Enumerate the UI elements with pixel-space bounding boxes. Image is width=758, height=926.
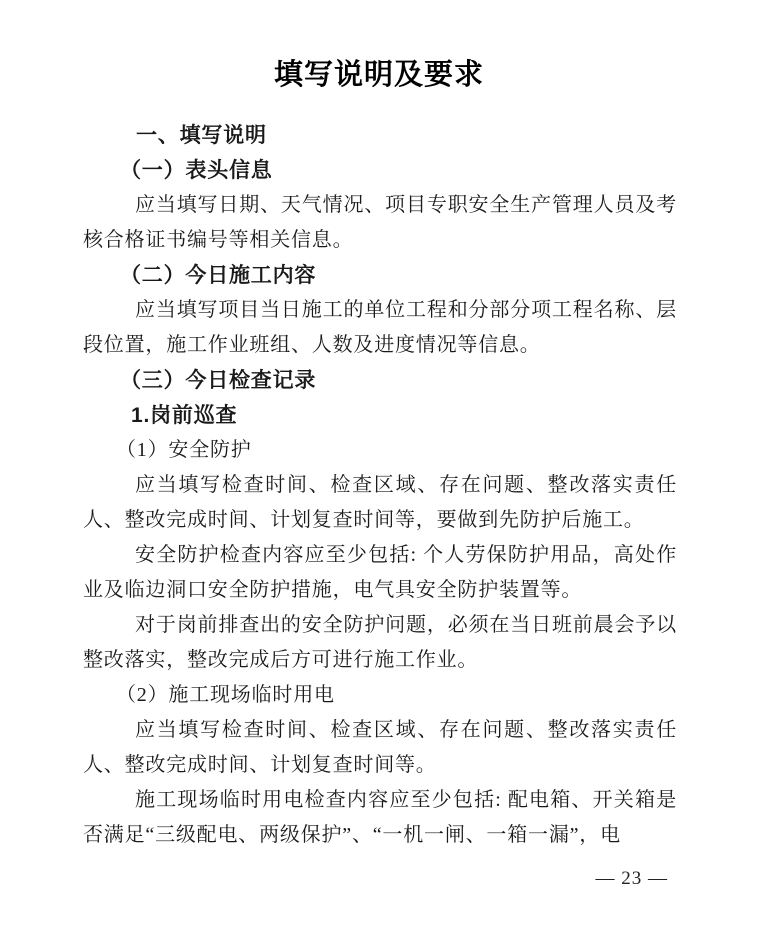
document-page: 填写说明及要求 一、填写说明 （一）表头信息 应当填写日期、天气情况、项目专职安… (0, 0, 758, 926)
paragraph-today-construction: 应当填写项目当日施工的单位工程和分部分项工程名称、层段位置，施工作业班组、人数及… (83, 293, 677, 363)
heading-today-inspection: （三）今日检查记录 (83, 363, 677, 398)
subheading-temporary-power: （2）施工现场临时用电 (83, 678, 677, 713)
document-body: 一、填写说明 （一）表头信息 应当填写日期、天气情况、项目专职安全生产管理人员及… (83, 118, 677, 853)
paragraph-safety-scope: 安全防护检查内容应至少包括: 个人劳保防护用品，高处作业及临边洞口安全防护措施，… (83, 538, 677, 608)
paragraph-power-fill: 应当填写检查时间、检查区域、存在问题、整改落实责任人、整改完成时间、计划复查时间… (83, 713, 677, 783)
heading-pre-shift-patrol: 1.岗前巡查 (83, 398, 677, 433)
subheading-safety-protection: （1）安全防护 (83, 433, 677, 468)
paragraph-safety-rectify: 对于岗前排查出的安全防护问题，必须在当日班前晨会予以整改落实，整改完成后方可进行… (83, 608, 677, 678)
page-number: — 23 — (596, 867, 669, 891)
page-title: 填写说明及要求 (0, 52, 758, 93)
paragraph-power-scope: 施工现场临时用电检查内容应至少包括: 配电箱、开关箱是否满足“三级配电、两级保护… (83, 783, 677, 853)
heading-header-info: （一）表头信息 (83, 153, 677, 188)
heading-fill-instructions: 一、填写说明 (83, 118, 677, 153)
paragraph-safety-fill: 应当填写检查时间、检查区域、存在问题、整改落实责任人、整改完成时间、计划复查时间… (83, 468, 677, 538)
heading-today-construction: （二）今日施工内容 (83, 258, 677, 293)
paragraph-header-info: 应当填写日期、天气情况、项目专职安全生产管理人员及考核合格证书编号等相关信息。 (83, 188, 677, 258)
